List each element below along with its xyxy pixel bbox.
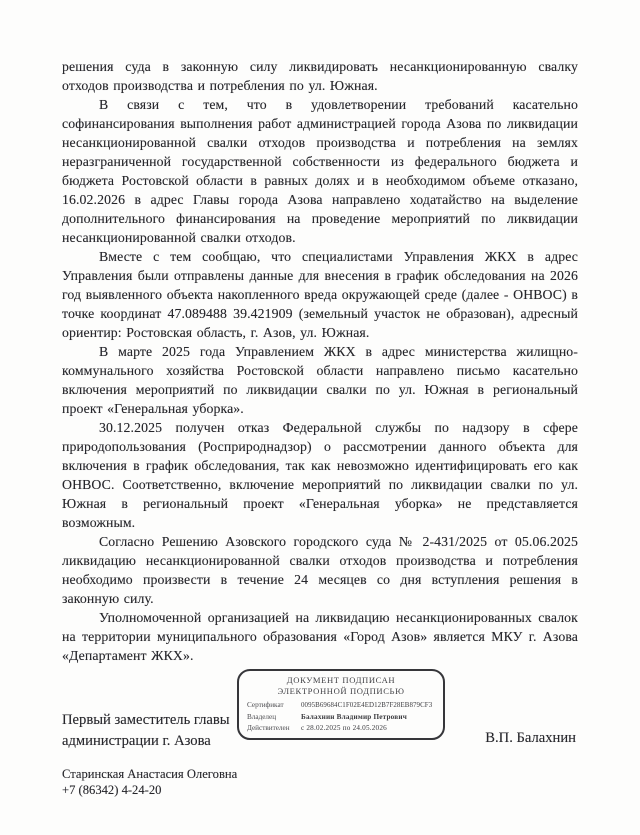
paragraph: В связи с тем, что в удовлетворении треб…	[62, 95, 578, 247]
paragraph: решения суда в законную силу ликвидирова…	[62, 57, 578, 95]
stamp-certificate-value: 0095B69684C1F02E4ED12B7F28EB879CF3	[301, 700, 432, 712]
stamp-certificate-row: Сертификат 0095B69684C1F02E4ED12B7F28EB8…	[247, 700, 435, 712]
digital-signature-stamp: ДОКУМЕНТ ПОДПИСАН ЭЛЕКТРОННОЙ ПОДПИСЬЮ С…	[237, 669, 445, 740]
stamp-certificate-label: Сертификат	[247, 700, 301, 712]
stamp-validity-label: Действителен	[247, 723, 301, 735]
paragraph: В марте 2025 года Управлением ЖКХ в адре…	[62, 342, 578, 418]
stamp-title-line2: ЭЛЕКТРОННОЙ ПОДПИСЬЮ	[247, 686, 435, 697]
executor-name: Старинская Анастасия Олеговна	[62, 767, 237, 783]
paragraph: Согласно Решению Азовского городского су…	[62, 532, 578, 608]
paragraph: Уполномоченной организацией на ликвидаци…	[62, 608, 578, 665]
signer-name: В.П. Балахнин	[485, 730, 576, 747]
stamp-details: Сертификат 0095B69684C1F02E4ED12B7F28EB8…	[247, 700, 435, 735]
paragraph: 30.12.2025 получен отказ Федеральной слу…	[62, 418, 578, 532]
stamp-validity-row: Действителен с 28.02.2025 по 24.05.2026	[247, 723, 435, 735]
stamp-title-line1: ДОКУМЕНТ ПОДПИСАН	[247, 675, 435, 686]
stamp-validity-value: с 28.02.2025 по 24.05.2026	[301, 723, 387, 735]
letter-body: решения суда в законную силу ликвидирова…	[62, 57, 578, 665]
paragraph: Вместе с тем сообщаю, что специалистами …	[62, 247, 578, 342]
scanned-letter-page: решения суда в законную силу ликвидирова…	[0, 0, 640, 835]
executor-phone: +7 (86342) 4-24-20	[62, 783, 237, 799]
stamp-owner-row: Владелец Балахнин Владимир Петрович	[247, 712, 435, 724]
stamp-title: ДОКУМЕНТ ПОДПИСАН ЭЛЕКТРОННОЙ ПОДПИСЬЮ	[247, 675, 435, 697]
stamp-owner-value: Балахнин Владимир Петрович	[301, 712, 407, 724]
stamp-owner-label: Владелец	[247, 712, 301, 724]
executor-contact: Старинская Анастасия Олеговна +7 (86342)…	[62, 767, 237, 798]
